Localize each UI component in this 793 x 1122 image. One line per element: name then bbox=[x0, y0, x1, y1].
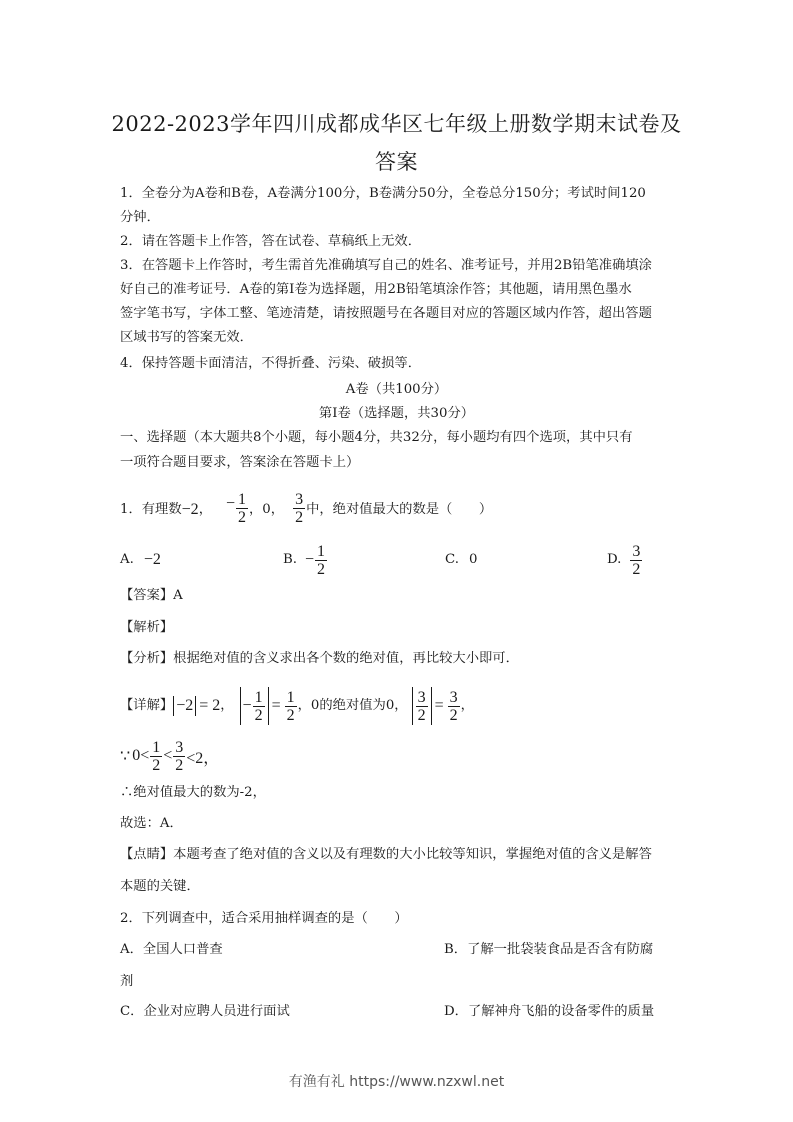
q1-option-a: A. −2 bbox=[120, 540, 161, 580]
section-heading: 一、选择题（本大题共8个小题，每小题4分，共32分，每小题均有四个选项，其中只有 bbox=[120, 430, 633, 446]
option-fraction: 1 2 bbox=[315, 543, 327, 578]
fraction: 1 2 bbox=[253, 689, 265, 724]
denominator: 2 bbox=[173, 757, 185, 774]
abs-expression-2: − 1 2 bbox=[240, 687, 269, 725]
q1-answer: 【答案】A bbox=[120, 588, 183, 604]
fraction: 3 2 bbox=[416, 689, 428, 724]
option-label: A. bbox=[120, 552, 134, 568]
numerator: 1 bbox=[236, 491, 248, 509]
q1-dianjing-cont: 本题的关键． bbox=[120, 879, 200, 895]
option-value: −2 bbox=[144, 552, 161, 568]
less-than: < bbox=[163, 747, 172, 765]
q2-option-c: C．企业对应聘人员进行面试 bbox=[120, 1004, 290, 1020]
inequality-end: <2， bbox=[186, 745, 219, 768]
fraction: 3 2 bbox=[448, 689, 460, 724]
q1-option-c: C. 0 bbox=[445, 540, 477, 580]
denominator: 2 bbox=[448, 707, 460, 724]
fraction: 1 2 bbox=[285, 689, 297, 724]
q1-suffix: 中，绝对值最大的数是（ ） bbox=[306, 502, 492, 518]
option-fraction: 3 2 bbox=[630, 543, 642, 578]
fraction: 3 2 bbox=[173, 739, 185, 774]
instruction-3: 3．在答题卡上作答时，考生需首先准确填写自己的姓名、准考证号，并用2B铅笔准确填… bbox=[120, 258, 652, 274]
denominator: 2 bbox=[285, 707, 297, 724]
q1-prefix: 1．有理数 bbox=[120, 502, 182, 518]
numerator: 1 bbox=[150, 739, 162, 757]
exam-page: 2022-2023学年四川成都成华区七年级上册数学期末试卷及 答案 1．全卷分为… bbox=[0, 0, 793, 1122]
instruction-3-cont3: 区域书写的答案无效． bbox=[120, 330, 253, 346]
sign: − bbox=[243, 698, 252, 714]
option-label: C. bbox=[445, 552, 459, 568]
q1-choose: 故选：A． bbox=[120, 816, 183, 832]
q2-option-b-cont: 剂 bbox=[120, 974, 133, 990]
q1-frac1-sign: − bbox=[226, 496, 235, 512]
denominator: 2 bbox=[416, 707, 428, 724]
q2-option-a: A．全国人口普查 bbox=[120, 942, 223, 958]
denominator: 2 bbox=[150, 757, 162, 774]
q2-option-d: D．了解神舟飞船的设备零件的质量 bbox=[444, 1004, 654, 1020]
q1-fraction-1: 1 2 bbox=[236, 491, 248, 526]
question-2-stem: 2．下列调查中，适合采用抽样调查的是（ ） bbox=[120, 911, 408, 927]
equals: = bbox=[272, 698, 281, 714]
numerator: 3 bbox=[416, 689, 428, 707]
q1-number-1: −2 bbox=[182, 502, 199, 518]
q2-option-b: B．了解一批袋装食品是否含有防腐 bbox=[444, 942, 653, 958]
section-heading-cont: 一项符合题目要求，答案涂在答题卡上） bbox=[120, 455, 359, 471]
q1-therefore: ∴绝对值最大的数为-2， bbox=[120, 785, 266, 801]
abs-result: = 2 bbox=[199, 698, 220, 714]
instruction-3-cont2: 签字笔书写，字体工整、笔迹清楚，请按照题号在各题目对应的答题区域内作答，超出答题 bbox=[120, 306, 652, 322]
instruction-4: 4．保持答题卡面清洁，不得折叠、污染、破损等． bbox=[120, 356, 421, 372]
instruction-1: 1．全卷分为A卷和B卷，A卷满分100分，B卷满分50分，全卷总分150分；考试… bbox=[120, 186, 646, 202]
denominator: 2 bbox=[293, 509, 305, 526]
because-symbol: ∵ bbox=[120, 746, 130, 766]
q1-fraction-2: 3 2 bbox=[293, 491, 305, 526]
document-title-line2: 答案 bbox=[0, 146, 793, 176]
denominator: 2 bbox=[253, 707, 265, 724]
fraction: 1 2 bbox=[150, 739, 162, 774]
instruction-3-cont1: 好自己的准考证号．A卷的第Ⅰ卷为选择题，用2B铅笔填涂作答；其他题，请用黑色墨水 bbox=[120, 282, 632, 298]
option-sign: − bbox=[305, 552, 314, 568]
denominator: 2 bbox=[630, 561, 642, 578]
question-1-stem: 1．有理数 −2 ， − 1 2 ，0， 3 2 中，绝对值最大的数是（ ） bbox=[120, 486, 492, 534]
abs-expression-3: 3 2 bbox=[412, 687, 432, 725]
instruction-1-cont: 分钟． bbox=[120, 210, 160, 226]
detail-label: 【详解】 bbox=[120, 698, 173, 714]
q1-mid: ，0， bbox=[249, 502, 284, 518]
q1-fenxi: 【分析】根据绝对值的含义求出各个数的绝对值，再比较大小即可． bbox=[120, 651, 519, 667]
q1-because: ∵ 0< 1 2 < 3 2 <2， bbox=[120, 734, 219, 778]
numerator: 1 bbox=[315, 543, 327, 561]
footer-watermark: 有渔有礼 https://www.nzxwl.net bbox=[0, 1071, 793, 1091]
numerator: 3 bbox=[630, 543, 642, 561]
comma: ， bbox=[220, 698, 233, 714]
q1-detail: 【详解】 −2 = 2 ， − 1 2 = 1 2 ，0的绝对值为0， 3 2 … bbox=[120, 684, 474, 728]
part-1-heading: 第Ⅰ卷（选择题，共30分） bbox=[0, 406, 793, 422]
q1-separator: ， bbox=[199, 502, 212, 518]
option-label: B. bbox=[283, 552, 297, 568]
abs-inner: −2 bbox=[176, 698, 193, 714]
numerator: 3 bbox=[448, 689, 460, 707]
numerator: 3 bbox=[293, 491, 305, 509]
numerator: 1 bbox=[253, 689, 265, 707]
q1-dianjing: 【点睛】本题考查了绝对值的含义以及有理数的大小比较等知识，掌握绝对值的含义是解答 bbox=[120, 847, 652, 863]
abs-expression-1: −2 bbox=[173, 696, 196, 716]
denominator: 2 bbox=[236, 509, 248, 526]
option-value: 0 bbox=[469, 552, 477, 568]
q1-analysis-label: 【解析】 bbox=[120, 620, 173, 636]
document-title: 2022-2023学年四川成都成华区七年级上册数学期末试卷及 bbox=[0, 108, 793, 138]
numerator: 3 bbox=[173, 739, 185, 757]
q1-option-d: D. 3 2 bbox=[607, 540, 643, 580]
zero-text: ，0的绝对值为0， bbox=[298, 698, 408, 714]
numerator: 1 bbox=[285, 689, 297, 707]
equals: = bbox=[435, 698, 444, 714]
q1-option-b: B. − 1 2 bbox=[283, 540, 328, 580]
section-a-heading: A卷（共100分） bbox=[0, 382, 793, 398]
instruction-2: 2．请在答题卡上作答，答在试卷、草稿纸上无效． bbox=[120, 234, 421, 250]
comma: ， bbox=[461, 698, 474, 714]
denominator: 2 bbox=[315, 561, 327, 578]
inequality-start: 0< bbox=[132, 747, 149, 765]
option-label: D. bbox=[607, 552, 621, 568]
